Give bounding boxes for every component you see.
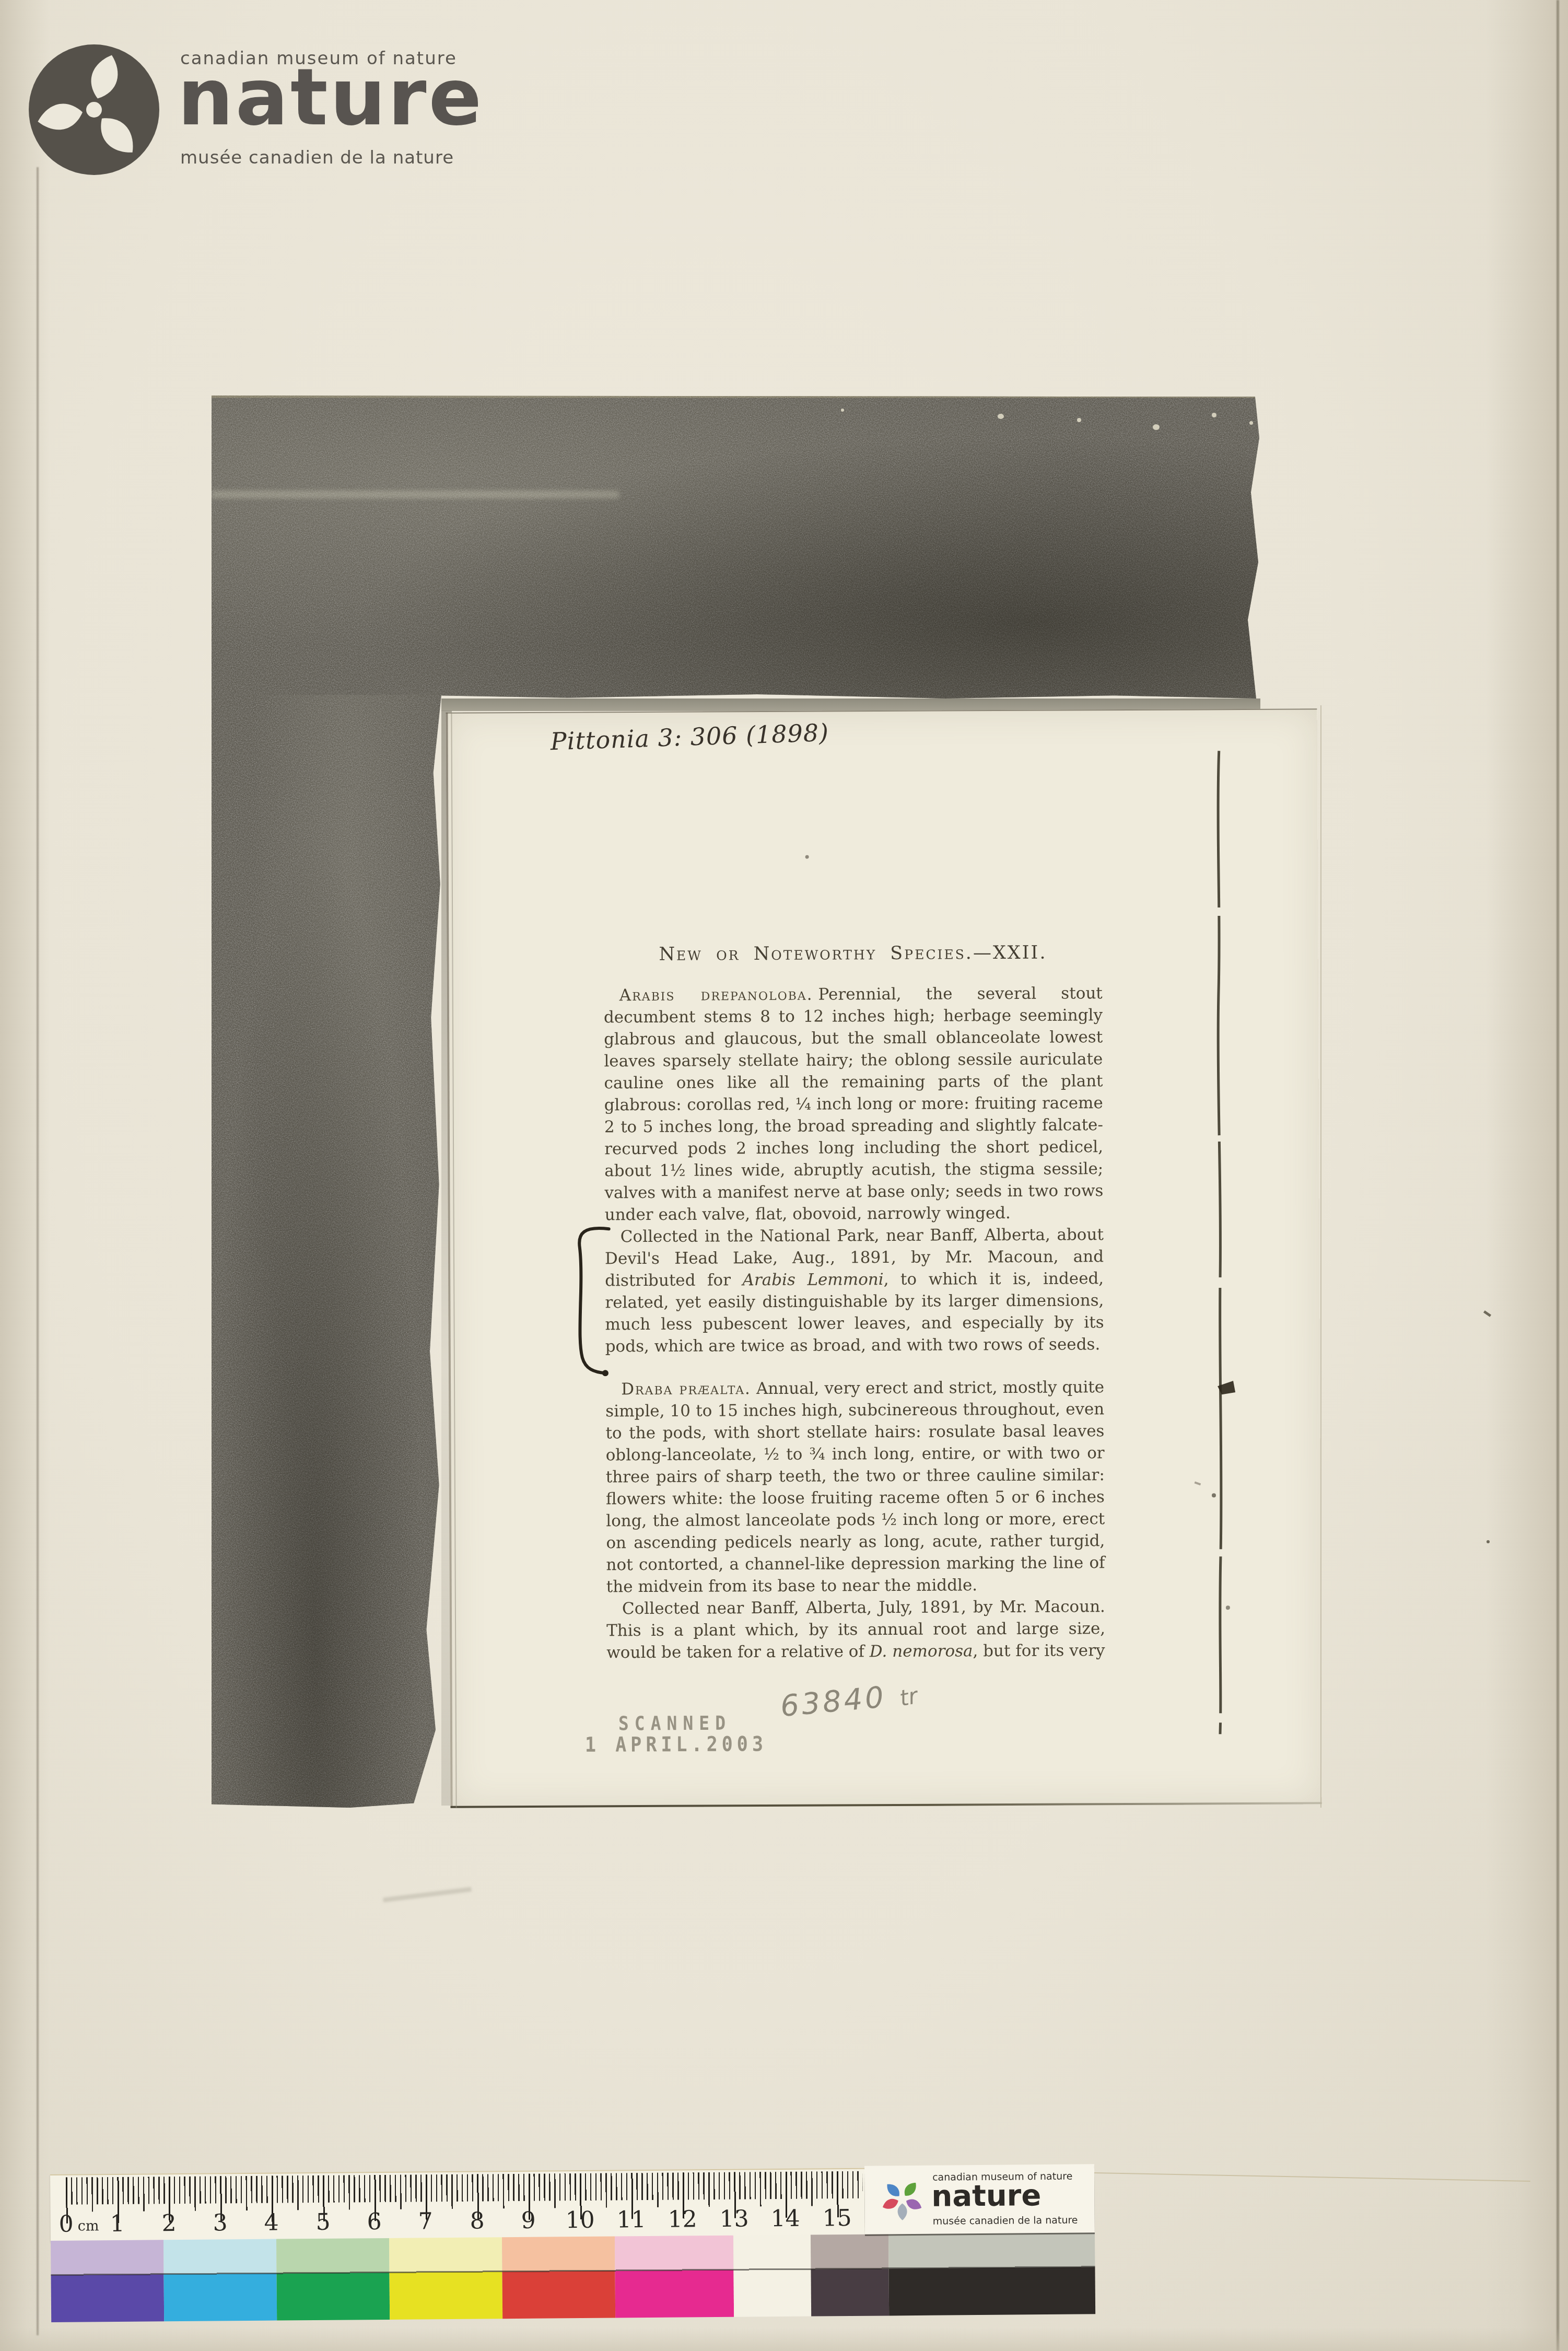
ruler-label: 12	[668, 2206, 697, 2232]
museum-logo-icon	[29, 44, 159, 175]
photocopy-speck	[1153, 424, 1160, 430]
ruler-label: 2	[162, 2210, 177, 2237]
ruler-label: 8	[470, 2207, 485, 2234]
ruler-label: 6	[367, 2208, 382, 2235]
photocopy-speck	[1077, 418, 1081, 422]
ruler-label: 5	[316, 2209, 331, 2236]
ruler-unit: cm	[78, 2218, 99, 2234]
article-body: Arabis drepanoloba.Perennial, the severa…	[604, 982, 1106, 1663]
ruler-label: 0	[59, 2211, 74, 2238]
photocopy-page-edge-line	[1203, 751, 1237, 1738]
sheet-left-edge-shadow	[0, 0, 50, 2351]
ruler-label: 10	[566, 2207, 595, 2233]
color-calibration-bar: 0 cm 1 2 3 4 5 6 7 8 9 10 11 12 13 14 15	[50, 2166, 1095, 2322]
photocopy-dark-border-top	[212, 395, 1260, 699]
handwritten-margin-bracket	[568, 1225, 616, 1376]
footer-tagline-fr: musée canadien de la nature	[933, 2215, 1078, 2227]
latin-name-italic: Arabis Lemmoni	[742, 1270, 883, 1289]
ruler-label: 15	[823, 2205, 852, 2231]
ink-speck	[1195, 1481, 1201, 1485]
photocopy-speck	[841, 409, 844, 412]
ruler-label: 4	[264, 2209, 279, 2236]
journal-page: Pittonia 3: 306 (1898) New or Noteworthy…	[446, 708, 1321, 1808]
scanned-stamp-line2: 1 APRIL.2003	[585, 1733, 767, 1757]
sheet-right-edge-shadow	[1486, 0, 1568, 2351]
paragraph-arabis-collection: Collected in the National Park, near Ban…	[605, 1224, 1104, 1357]
ruler-label: 11	[617, 2206, 646, 2233]
sheet-right-edge-line	[1557, 0, 1559, 2351]
scanned-stamp-line1: SCANNED	[618, 1712, 731, 1735]
sheet-crease-line	[1094, 2172, 1530, 2182]
swatch-grid-lines	[51, 2232, 1095, 2322]
species-name-draba: Draba præalta.	[621, 1379, 751, 1399]
sheet-bottom-edge-shadow	[0, 2327, 1568, 2351]
ruler-label: 9	[521, 2207, 536, 2234]
museum-tagline-fr: musée canadien de la nature	[180, 147, 454, 168]
photocopy-speck	[1212, 413, 1216, 417]
paragraph-arabis: Arabis drepanoloba.Perennial, the severa…	[604, 982, 1104, 1226]
footer-logo-card: canadian museum of nature nature musée c…	[864, 2164, 1095, 2234]
page-stack-crease	[1320, 705, 1321, 1808]
article-heading: New or Noteworthy Species.—XXII.	[603, 942, 1102, 965]
paragraph-draba: Draba præalta.Annual, very erect and str…	[605, 1376, 1105, 1598]
photocopy-dark-border-left	[212, 695, 441, 1808]
photocopy-speck	[1249, 421, 1253, 425]
handwritten-citation: Pittonia 3: 306 (1898)	[550, 718, 829, 755]
cm-ruler: 0 cm 1 2 3 4 5 6 7 8 9 10 11 12 13 14 15	[50, 2168, 865, 2242]
species-name-arabis: Arabis drepanoloba.	[619, 985, 813, 1005]
scanned-herbarium-literature-sheet: canadian museum of nature nature musée c…	[0, 0, 1568, 2351]
sheet-left-edge-line	[37, 167, 39, 2335]
latin-name-italic: D. nemorosa	[870, 1642, 973, 1661]
pencil-specimen-number: 63840tr	[779, 1677, 919, 1724]
photocopy-light-streak	[212, 491, 619, 498]
ink-speck	[805, 855, 809, 859]
pencil-suffix: tr	[897, 1683, 920, 1712]
ruler-label: 13	[720, 2205, 749, 2232]
ruler-label: 1	[110, 2210, 125, 2237]
ruler-label: 3	[213, 2209, 228, 2236]
museum-brand-wordmark: nature	[178, 59, 484, 137]
museum-logo-icon-color	[878, 2175, 927, 2224]
margin-speck	[1487, 1540, 1490, 1543]
pencil-smudge	[383, 1887, 472, 1903]
photocopy-speck	[998, 414, 1004, 419]
page-bottom-edge	[451, 1802, 1322, 1808]
paragraph-draba-collection: Collected near Banff, Alberta, July, 189…	[606, 1596, 1106, 1663]
ruler-label: 7	[418, 2208, 433, 2234]
footer-brand-wordmark: nature	[931, 2178, 1041, 2214]
ruler-label: 14	[771, 2205, 800, 2232]
